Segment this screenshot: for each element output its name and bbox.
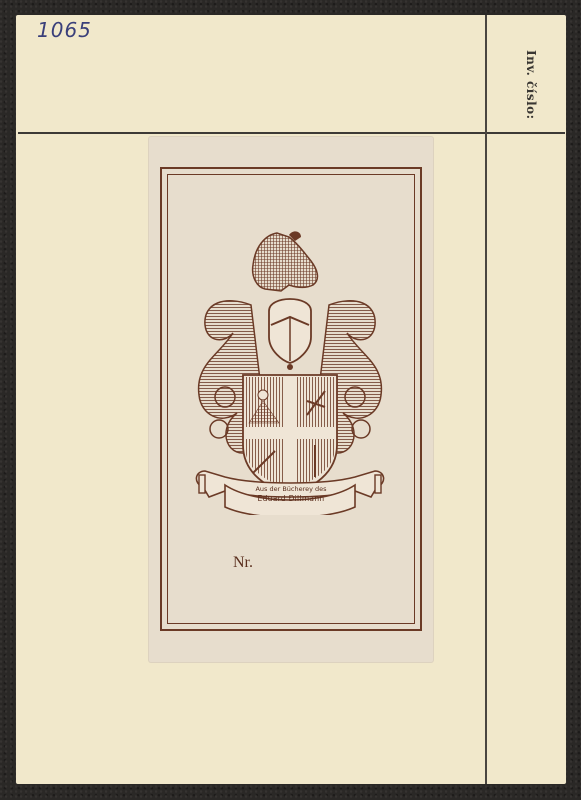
coat-of-arms-icon [185,225,395,515]
shield-icon [243,375,337,497]
catalog-number: 1065 [37,18,92,42]
eagle-crest-icon [253,231,318,291]
ribbon-text-owner-name: Eduard Dillmann [149,494,433,503]
ribbon-text-line1: Aus der Bücherey des [149,485,433,493]
card-horizontal-rule [18,132,565,134]
helmet-icon [269,299,311,370]
bookplate-exlibris: Aus der Bücherey des Eduard Dillmann Nr. [149,137,433,662]
inventory-number-label: Inv. číslo: [524,50,538,120]
card-vertical-rule [485,15,487,784]
number-label: Nr. [233,554,253,572]
